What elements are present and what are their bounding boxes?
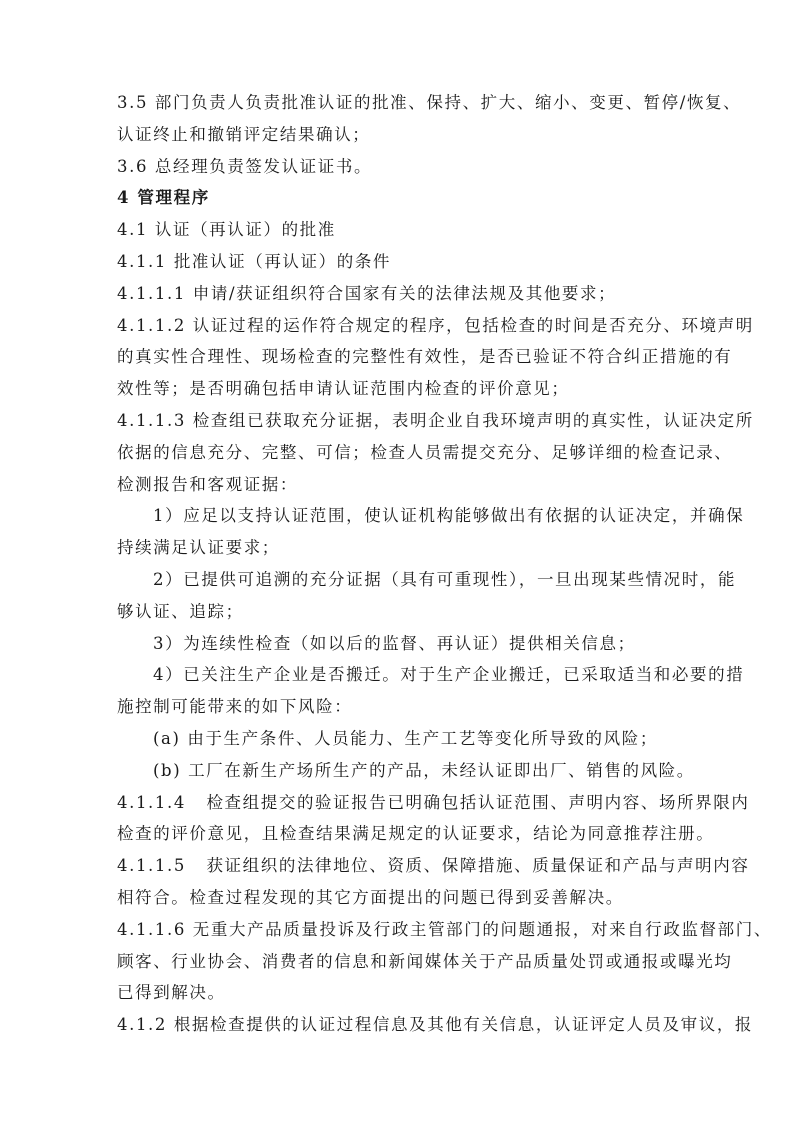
- text-line: 的真实性合理性、现场检查的完整性有效性，是否已验证不符合纠正措施的有: [117, 341, 689, 373]
- section-heading-4: 4 管理程序: [117, 182, 689, 214]
- list-item-3: 3）为连续性检查（如以后的监督、再认证）提供相关信息；: [117, 628, 689, 660]
- text-line: 4.1.1.6 无重大产品质量投诉及行政主管部门的问题通报，对来自行政监督部门、: [117, 914, 689, 946]
- paragraph-4-1-1-5: 4.1.1.5 获证组织的法律地位、资质、保障措施、质量保证和产品与声明内容 相…: [117, 850, 689, 914]
- text-line: 3）为连续性检查（如以后的监督、再认证）提供相关信息；: [117, 628, 689, 660]
- text-line: 够认证、追踪；: [117, 596, 689, 628]
- text-line: 4.1.1.3 检查组已获取充分证据，表明企业自我环境声明的真实性，认证决定所: [117, 405, 689, 437]
- text-line: 4.1.1 批准认证（再认证）的条件: [117, 246, 689, 278]
- text-line: (b) 工厂在新生产场所生产的产品，未经认证即出厂、销售的风险。: [117, 755, 689, 787]
- paragraph-4-1-1: 4.1.1 批准认证（再认证）的条件: [117, 246, 689, 278]
- text-line: 4.1 认证（再认证）的批准: [117, 214, 689, 246]
- text-line: 4.1.1.5 获证组织的法律地位、资质、保障措施、质量保证和产品与声明内容: [117, 850, 689, 882]
- list-item-1: 1）应足以支持认证范围，使认证机构能够做出有依据的认证决定，并确保 持续满足认证…: [117, 500, 689, 564]
- text-line: 持续满足认证要求；: [117, 532, 689, 564]
- heading-text: 4 管理程序: [117, 182, 689, 214]
- text-line: 3.5 部门负责人负责批准认证的批准、保持、扩大、缩小、变更、暂停/恢复、: [117, 87, 689, 119]
- text-line: 4.1.2 根据检查提供的认证过程信息及其他有关信息，认证评定人员及审议，报: [117, 1009, 689, 1041]
- sub-item-b: (b) 工厂在新生产场所生产的产品，未经认证即出厂、销售的风险。: [117, 755, 689, 787]
- document-page: 3.5 部门负责人负责批准认证的批准、保持、扩大、缩小、变更、暂停/恢复、 认证…: [117, 87, 689, 1041]
- paragraph-4-1-1-3: 4.1.1.3 检查组已获取充分证据，表明企业自我环境声明的真实性，认证决定所 …: [117, 405, 689, 500]
- text-line: 顾客、行业协会、消费者的信息和新闻媒体关于产品质量处罚或通报或曝光均: [117, 946, 689, 978]
- text-line: 2）已提供可追溯的充分证据（具有可重现性），一旦出现某些情况时，能: [117, 564, 689, 596]
- paragraph-3-6: 3.6 总经理负责签发认证证书。: [117, 151, 689, 183]
- text-line: 检测报告和客观证据：: [117, 469, 689, 501]
- text-line: (a) 由于生产条件、人员能力、生产工艺等变化所导致的风险；: [117, 723, 689, 755]
- text-line: 4）已关注生产企业是否搬迁。对于生产企业搬迁，已采取适当和必要的措: [117, 659, 689, 691]
- paragraph-4-1-1-6: 4.1.1.6 无重大产品质量投诉及行政主管部门的问题通报，对来自行政监督部门、…: [117, 914, 689, 1009]
- text-line: 认证终止和撤销评定结果确认；: [117, 119, 689, 151]
- paragraph-4-1-1-2: 4.1.1.2 认证过程的运作符合规定的程序，包括检查的时间是否充分、环境声明 …: [117, 310, 689, 405]
- paragraph-4-1-2: 4.1.2 根据检查提供的认证过程信息及其他有关信息，认证评定人员及审议，报: [117, 1009, 689, 1041]
- text-line: 4.1.1.1 申请/获证组织符合国家有关的法律法规及其他要求；: [117, 278, 689, 310]
- text-line: 已得到解决。: [117, 977, 689, 1009]
- text-line: 4.1.1.4 检查组提交的验证报告已明确包括认证范围、声明内容、场所界限内: [117, 787, 689, 819]
- paragraph-4-1: 4.1 认证（再认证）的批准: [117, 214, 689, 246]
- sub-item-a: (a) 由于生产条件、人员能力、生产工艺等变化所导致的风险；: [117, 723, 689, 755]
- text-line: 效性等；是否明确包括申请认证范围内检查的评价意见；: [117, 373, 689, 405]
- list-item-2: 2）已提供可追溯的充分证据（具有可重现性），一旦出现某些情况时，能 够认证、追踪…: [117, 564, 689, 628]
- text-line: 3.6 总经理负责签发认证证书。: [117, 151, 689, 183]
- text-line: 施控制可能带来的如下风险：: [117, 691, 689, 723]
- text-line: 依据的信息充分、完整、可信；检查人员需提交充分、足够详细的检查记录、: [117, 437, 689, 469]
- paragraph-3-5: 3.5 部门负责人负责批准认证的批准、保持、扩大、缩小、变更、暂停/恢复、 认证…: [117, 87, 689, 151]
- text-line: 1）应足以支持认证范围，使认证机构能够做出有依据的认证决定，并确保: [117, 500, 689, 532]
- list-item-4: 4）已关注生产企业是否搬迁。对于生产企业搬迁，已采取适当和必要的措 施控制可能带…: [117, 659, 689, 723]
- text-line: 4.1.1.2 认证过程的运作符合规定的程序，包括检查的时间是否充分、环境声明: [117, 310, 689, 342]
- paragraph-4-1-1-1: 4.1.1.1 申请/获证组织符合国家有关的法律法规及其他要求；: [117, 278, 689, 310]
- text-line: 检查的评价意见，且检查结果满足规定的认证要求，结论为同意推荐注册。: [117, 818, 689, 850]
- text-line: 相符合。检查过程发现的其它方面提出的问题已得到妥善解决。: [117, 882, 689, 914]
- paragraph-4-1-1-4: 4.1.1.4 检查组提交的验证报告已明确包括认证范围、声明内容、场所界限内 检…: [117, 787, 689, 851]
